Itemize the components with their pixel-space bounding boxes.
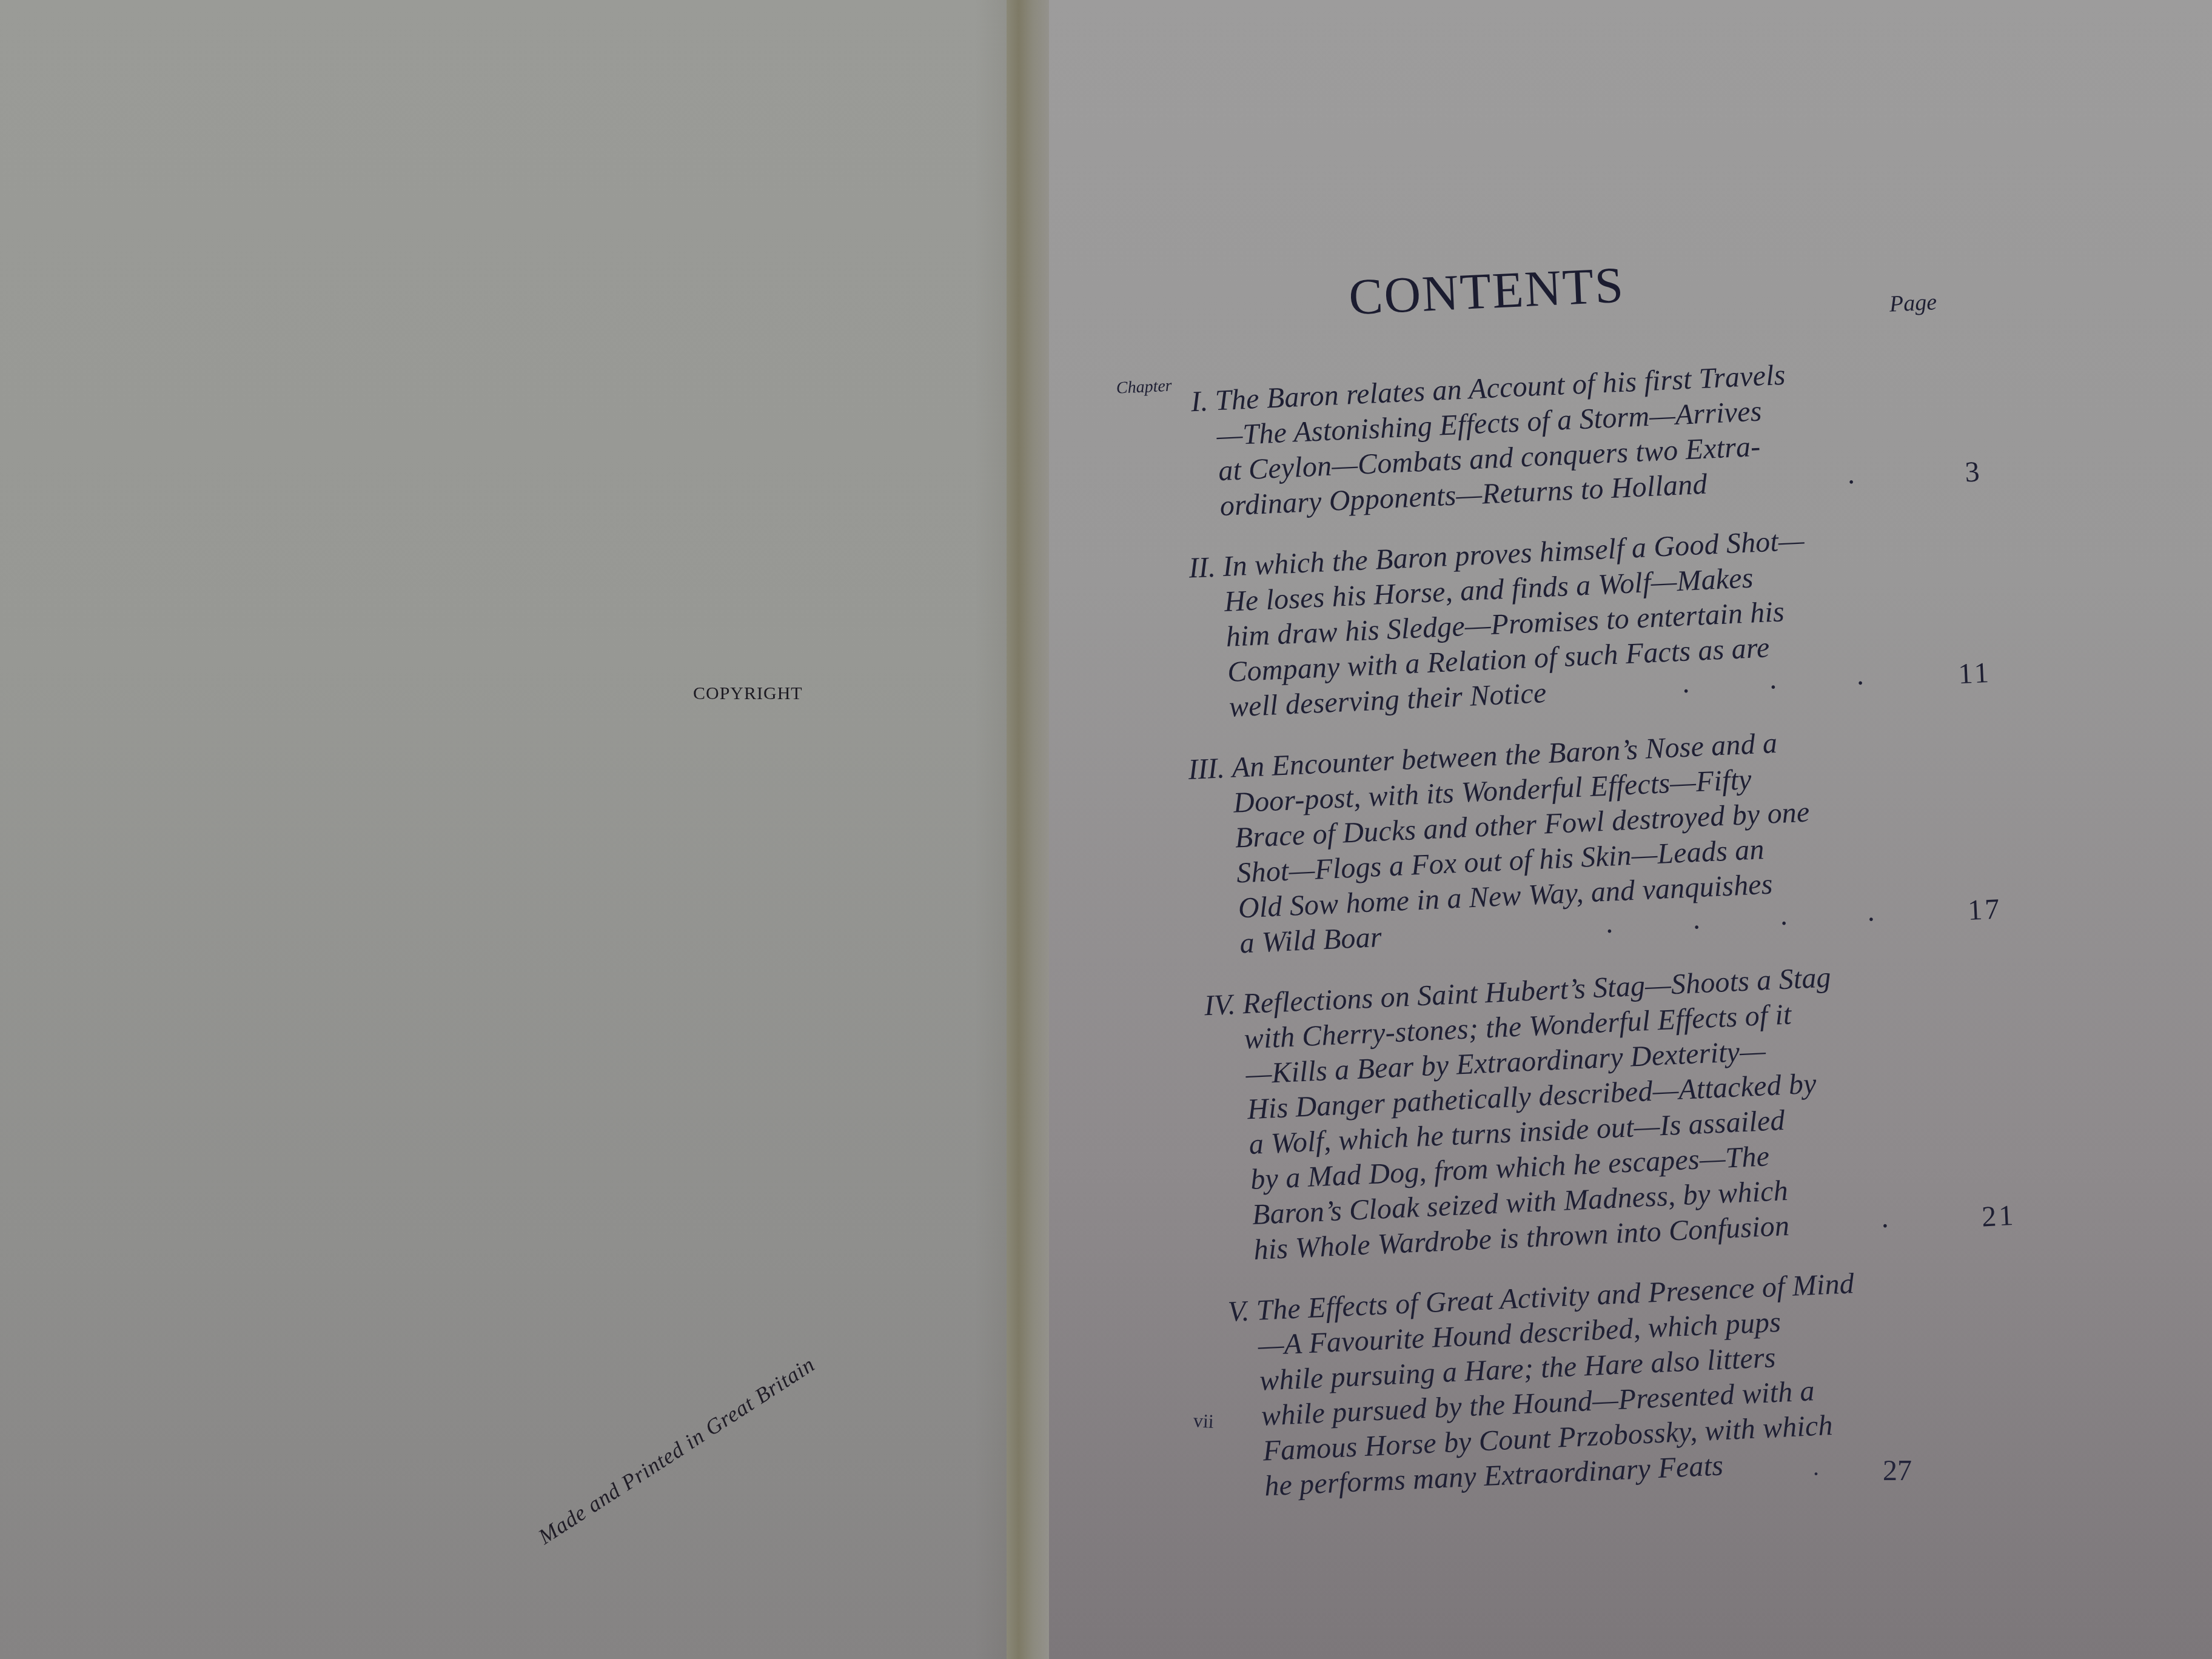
continuation-page-number: 27 [1883, 1454, 1912, 1487]
chapter-number: IV. [1144, 987, 1243, 1026]
toc-entry: IV. Reflections on Saint Hubert’s Stag—S… [1144, 952, 2017, 1272]
printer-imprint: Made and Printed in Great Britain [534, 1352, 819, 1549]
page-number: 21 [1942, 1198, 2017, 1236]
chapter-summary: The Effects of Great Activity and Presen… [1256, 1264, 1902, 1504]
toc-entry: II. In which the Baron proves himself a … [1124, 515, 1992, 729]
chapter-summary: Reflections on Saint Hubert’s Stag—Shoot… [1242, 958, 1891, 1268]
page-number: 3 [1908, 454, 1983, 492]
page-number: 17 [1928, 891, 2003, 930]
dot-leaders: . [1846, 455, 1892, 492]
book-gutter [1007, 0, 1055, 1659]
toc-entries: I. The Baron relates an Account of his f… [1116, 349, 2028, 1533]
page-folio: vii [1193, 1409, 1215, 1433]
chapter-number: V. [1158, 1293, 1257, 1333]
contents-title: CONTENTS [1347, 256, 1626, 327]
chapter-number: III. [1133, 751, 1232, 790]
toc-entry: III. An Encounter between the Baron’s No… [1133, 716, 2002, 966]
open-book-spread: COPYRIGHT Made and Printed in Great Brit… [0, 0, 2212, 1659]
continuation-leader: . [1813, 1453, 1819, 1481]
chapter-number: I. [1116, 383, 1216, 423]
page-column-label: Page [1889, 289, 1937, 317]
dot-leaders: . [1880, 1199, 1926, 1236]
chapter-number: II. [1124, 549, 1223, 589]
left-page: COPYRIGHT Made and Printed in Great Brit… [0, 0, 1011, 1659]
page-number: 11 [1918, 655, 1992, 694]
chapter-summary: The Baron relates an Account of his firs… [1215, 355, 1857, 524]
copyright-notice: COPYRIGHT [693, 683, 803, 704]
